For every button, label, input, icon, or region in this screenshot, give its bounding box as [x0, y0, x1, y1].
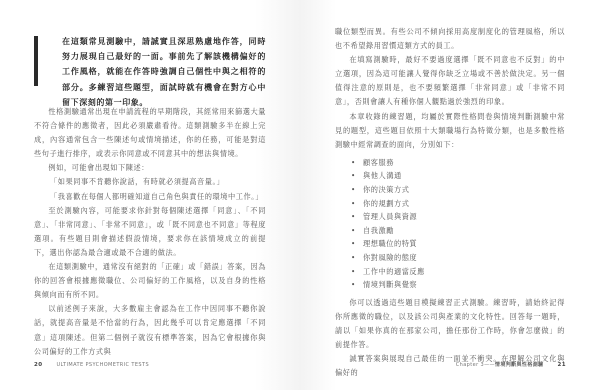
- list-item: •與他人溝通: [351, 169, 565, 183]
- left-footer: 20 ULTIMATE PSYCHOMETRIC TESTS: [34, 362, 149, 368]
- bullet-icon: •: [351, 278, 363, 292]
- bullet-icon: •: [351, 183, 363, 197]
- chapter-title: 情境判斷與性格測驗: [495, 361, 544, 368]
- bullet-icon: •: [351, 156, 363, 170]
- list-item: •顧客服務: [351, 156, 565, 170]
- paragraph: 本章收錄的練習題，均屬於實際性格問卷與情境判斷測驗中常見的題型，這些題目依照十大…: [335, 110, 565, 152]
- callout-text: 在這類常見測驗中，請誠實且深思熟慮地作答，同時努力展現自己最好的一面。事前先了解…: [62, 34, 266, 110]
- left-body-text: 性格測驗通常出現在申請流程的早期階段，其經常用來篩選大量不符合條件的應徵者，因此…: [34, 105, 266, 359]
- paragraph: 你可以透過這些題目模擬練習正式測驗。練習時，請始終記得你所應徵的職位，以及該公司…: [335, 296, 565, 352]
- left-page: 在這類常見測驗中，請誠實且深思熟慮地作答，同時努力展現自己最好的一面。事前先了解…: [0, 0, 300, 390]
- callout-box: 在這類常見測驗中，請誠實且深思熟慮地作答，同時努力展現自己最好的一面。事前先了解…: [34, 34, 266, 110]
- paragraph: 在這類測驗中，通常沒有絕對的「正確」或「錯誤」答案，因為你的回答會根據應徵職位、…: [34, 260, 266, 302]
- example-quote: 「我喜歡在每個人都明確知道自己角色與責任的環境中工作。」: [34, 190, 266, 204]
- bullet-icon: •: [351, 210, 363, 224]
- bullet-icon: •: [351, 237, 363, 251]
- list-item: •你的決策方式: [351, 183, 565, 197]
- callout-bar: [34, 36, 38, 86]
- bullet-icon: •: [351, 169, 363, 183]
- list-item: •情境判斷與覺察: [351, 278, 565, 292]
- paragraph: 職位類型而異。有些公司不傾向採用高度制度化的管理風格，所以也不希望錄用習慣這類方…: [335, 25, 565, 53]
- paragraph: 至於測驗內容，可能要求你針對每個陳述選擇「同意」、「不同意」、「非常同意」、「非…: [34, 204, 266, 260]
- category-list: •顧客服務 •與他人溝通 •你的決策方式 •你的規劃方式 •管理人員與資源 •自…: [335, 156, 565, 292]
- paragraph: 性格測驗通常出現在申請流程的早期階段，其經常用來篩選大量不符合條件的應徵者，因此…: [34, 105, 266, 161]
- book-spread: 在這類常見測驗中，請誠實且深思熟慮地作答，同時努力展現自己最好的一面。事前先了解…: [0, 0, 600, 390]
- right-page: 職位類型而異。有些公司不傾向採用高度制度化的管理風格，所以也不希望錄用習慣這類方…: [300, 0, 600, 390]
- page-number: 20: [34, 362, 42, 368]
- paragraph: 以前述例子來說，大多數雇主會認為在工作中因同事不聽你說話，就提高音量是不恰當的行…: [34, 302, 266, 358]
- paragraph: 例如，可能會出現如下陳述：: [34, 161, 266, 175]
- example-quote: 「如果同事不肯聽你說話，有時就必須提高音量。」: [34, 175, 266, 189]
- page-number: 21: [558, 362, 566, 368]
- list-item: •管理人員與資源: [351, 210, 565, 224]
- paragraph: 在填寫測驗時，最好不要過度選擇「既不同意也不反對」的中立選項，因為這可能讓人覺得…: [335, 53, 565, 109]
- bullet-icon: •: [351, 197, 363, 211]
- bullet-icon: •: [351, 251, 363, 265]
- bullet-icon: •: [351, 224, 363, 238]
- right-footer: Chapter 3—— 情境判斷與性格測驗 21: [456, 361, 566, 368]
- list-item: •你對風險的態度: [351, 251, 565, 265]
- chapter-label: Chapter 3——: [456, 362, 495, 368]
- book-title: ULTIMATE PSYCHOMETRIC TESTS: [56, 362, 149, 368]
- right-body-text: 職位類型而異。有些公司不傾向採用高度制度化的管理風格，所以也不希望錄用習慣這類方…: [335, 25, 565, 380]
- bullet-icon: •: [351, 265, 363, 279]
- list-item: •自我激勵: [351, 224, 565, 238]
- list-item: •理想職位的特質: [351, 237, 565, 251]
- list-item: •工作中的適當反應: [351, 265, 565, 279]
- list-item: •你的規劃方式: [351, 197, 565, 211]
